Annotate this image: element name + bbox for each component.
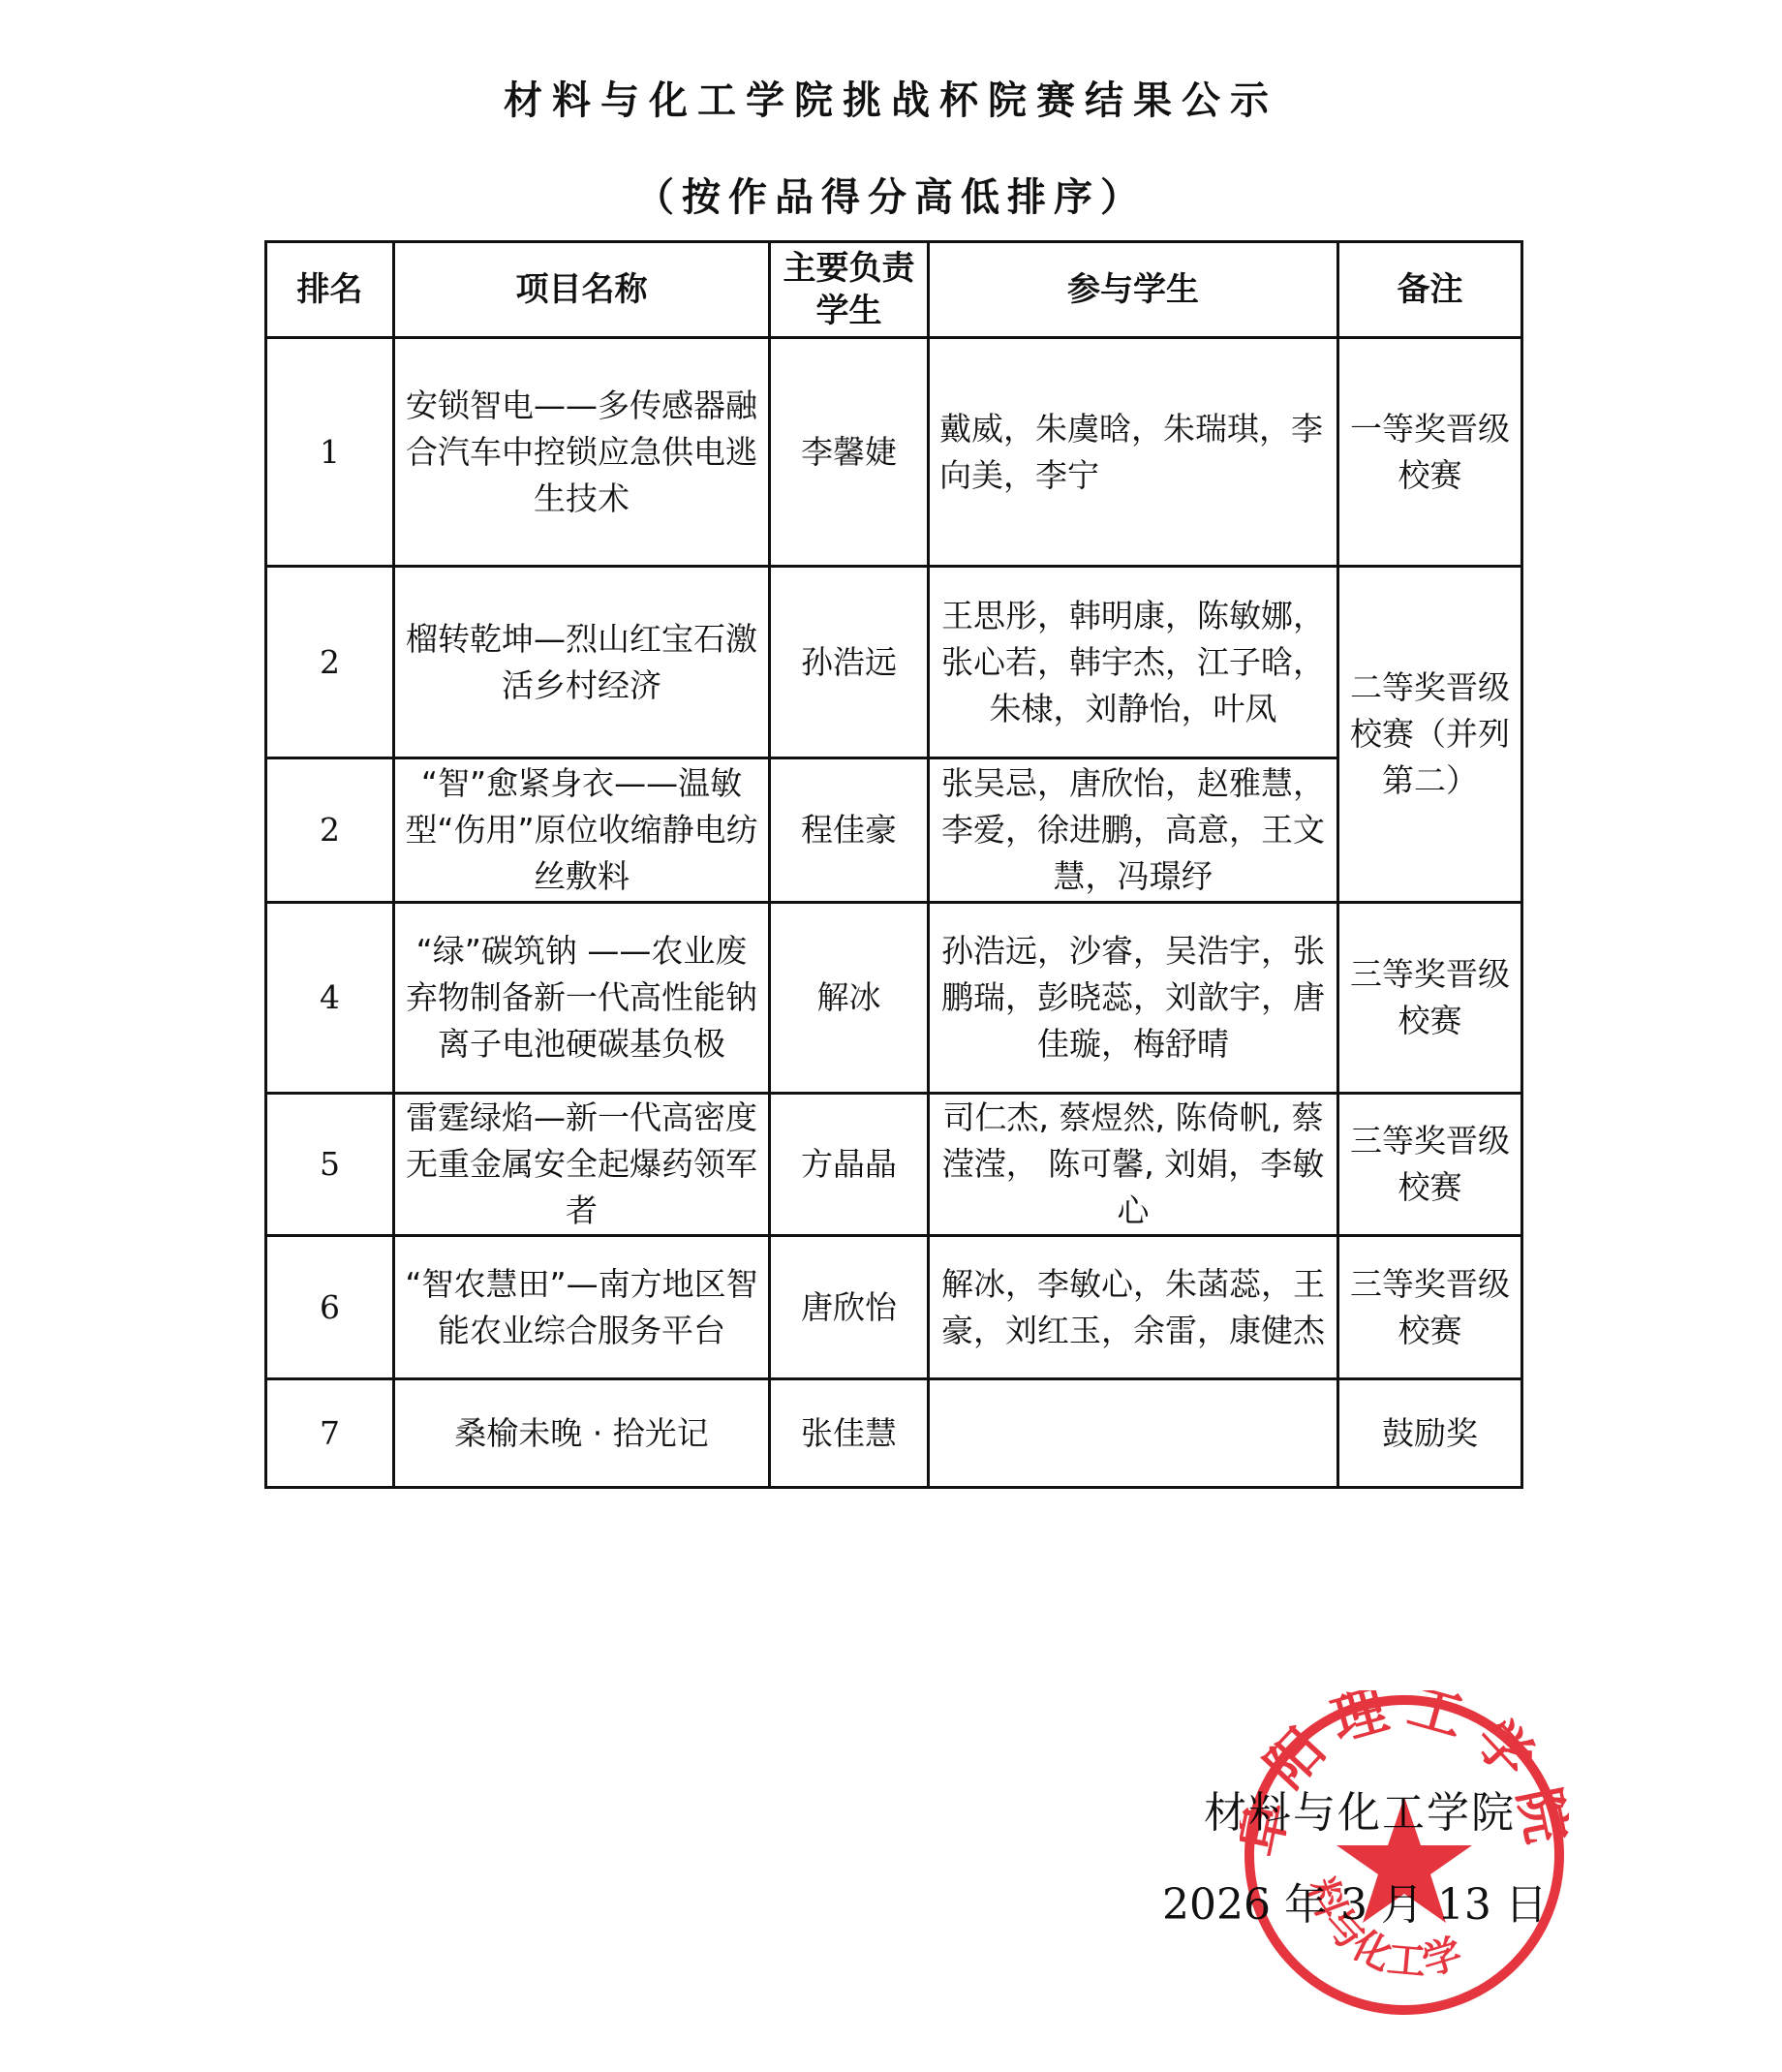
header-rank: 排名: [266, 242, 394, 338]
rank-cell: 1: [266, 338, 394, 567]
project-cell: 安锁智电——多传感器融合汽车中控锁应急供电逃生技术: [394, 338, 770, 567]
project-cell: “智农慧田”—南方地区智能农业综合服务平台: [394, 1236, 770, 1379]
document-subtitle: （按作品得分高低排序）: [0, 167, 1782, 222]
table-row: 1 安锁智电——多传感器融合汽车中控锁应急供电逃生技术 李馨婕 戴威，朱虞晗，朱…: [266, 338, 1522, 567]
table-row: 2 “智”愈紧身衣——温敏型“伤用”原位收缩静电纺丝敷料 程佳豪 张吴忌，唐欣怡…: [266, 758, 1522, 903]
header-students: 参与学生: [929, 242, 1338, 338]
lead-cell: 程佳豪: [770, 758, 929, 903]
lead-cell: 张佳慧: [770, 1379, 929, 1488]
lead-cell: 唐欣怡: [770, 1236, 929, 1379]
note-cell-merged: 二等奖晋级校赛（并列第二）: [1338, 567, 1522, 903]
project-cell: “绿”碳筑钠 ——农业废弃物制备新一代高性能钠离子电池硬碳基负极: [394, 903, 770, 1094]
students-cell: 解冰，李敏心，朱菡蕊，王豪，刘红玉，余雷，康健杰: [929, 1236, 1338, 1379]
project-cell: “智”愈紧身衣——温敏型“伤用”原位收缩静电纺丝敷料: [394, 758, 770, 903]
table-row: 6 “智农慧田”—南方地区智能农业综合服务平台 唐欣怡 解冰，李敏心，朱菡蕊，王…: [266, 1236, 1522, 1379]
rank-cell: 5: [266, 1094, 394, 1236]
header-project: 项目名称: [394, 242, 770, 338]
students-cell: 司仁杰, 蔡煜然, 陈倚帆, 蔡滢滢， 陈可馨, 刘娟，李敏心: [929, 1094, 1338, 1236]
document-title: 材料与化工学院挑战杯院赛结果公示: [0, 70, 1782, 125]
official-seal: 阜阳理工学院 材料与化工学院: [1240, 1690, 1569, 2020]
lead-cell: 李馨婕: [770, 338, 929, 567]
note-cell: 鼓励奖: [1338, 1379, 1522, 1488]
students-cell: 戴威，朱虞晗，朱瑞琪，李向美，李宁: [929, 338, 1338, 567]
header-note: 备注: [1338, 242, 1522, 338]
note-cell: 三等奖晋级校赛: [1338, 1094, 1522, 1236]
results-table: 排名 项目名称 主要负责学生 参与学生 备注 1 安锁智电——多传感器融合汽车中…: [264, 240, 1523, 1489]
rank-cell: 4: [266, 903, 394, 1094]
table-row: 5 雷霆绿焰—新一代高密度无重金属安全起爆药领军者 方晶晶 司仁杰, 蔡煜然, …: [266, 1094, 1522, 1236]
rank-cell: 2: [266, 567, 394, 758]
note-cell: 一等奖晋级校赛: [1338, 338, 1522, 567]
lead-cell: 方晶晶: [770, 1094, 929, 1236]
table-header-row: 排名 项目名称 主要负责学生 参与学生 备注: [266, 242, 1522, 338]
students-cell: 孙浩远，沙睿，吴浩宇，张鹏瑞，彭晓蕊，刘歆宇，唐佳璇，梅舒晴: [929, 903, 1338, 1094]
students-cell: 张吴忌，唐欣怡，赵雅慧，李爱，徐进鹏，高意，王文慧，冯璟纾: [929, 758, 1338, 903]
table-row: 2 榴转乾坤—烈山红宝石激活乡村经济 孙浩远 王思彤，韩明康，陈敏娜，张心若，韩…: [266, 567, 1522, 758]
lead-cell: 孙浩远: [770, 567, 929, 758]
project-cell: 桑榆未晚 · 拾光记: [394, 1379, 770, 1488]
header-lead: 主要负责学生: [770, 242, 929, 338]
project-cell: 榴转乾坤—烈山红宝石激活乡村经济: [394, 567, 770, 758]
note-cell: 三等奖晋级校赛: [1338, 1236, 1522, 1379]
students-cell: 王思彤，韩明康，陈敏娜，张心若，韩宇杰，江子晗，朱棣，刘静怡，叶凤: [929, 567, 1338, 758]
lead-cell: 解冰: [770, 903, 929, 1094]
project-cell: 雷霆绿焰—新一代高密度无重金属安全起爆药领军者: [394, 1094, 770, 1236]
students-cell: [929, 1379, 1338, 1488]
star-icon: [1336, 1797, 1472, 1923]
rank-cell: 7: [266, 1379, 394, 1488]
rank-cell: 6: [266, 1236, 394, 1379]
table-row: 4 “绿”碳筑钠 ——农业废弃物制备新一代高性能钠离子电池硬碳基负极 解冰 孙浩…: [266, 903, 1522, 1094]
note-cell: 三等奖晋级校赛: [1338, 903, 1522, 1094]
table-row: 7 桑榆未晚 · 拾光记 张佳慧 鼓励奖: [266, 1379, 1522, 1488]
rank-cell: 2: [266, 758, 394, 903]
